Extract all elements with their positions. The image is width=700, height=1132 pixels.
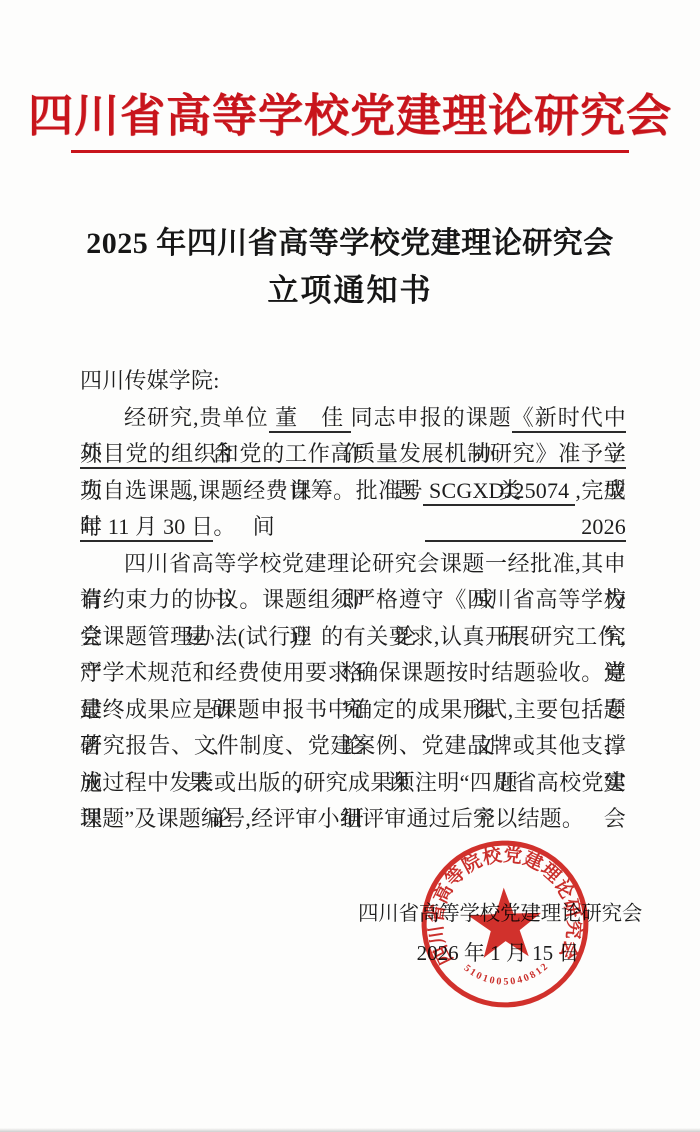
official-seal: 四川省高等院校党建理论研究会 5101005040812: [411, 830, 599, 1018]
document-page: 四川省高等学校党建理论研究会 2025 年四川省高等学校党建理论研究会 立项通知…: [0, 0, 700, 1132]
document-title: 2025 年四川省高等学校党建理论研究会 立项通知书: [0, 222, 700, 316]
body-line: 项目党的组织和党的工作高质量发展机制研究》准予立项。课题类型: [80, 436, 626, 473]
recipient-line: 四川传媒学院:: [80, 363, 626, 400]
underlined-fill-in: SCGXDJ25074: [423, 478, 575, 506]
underlined-fill-in: 项目党的组织和党的工作高质量发展机制研究》: [80, 441, 558, 469]
body-line: 为自选课题,课题经费自筹。批准号 SCGXDJ25074 ,完成时间 2026: [80, 473, 626, 510]
body-text-segment: 为自选课题,课题经费自筹。批准号: [80, 478, 423, 503]
body-text-segment: 同志申报的课题: [351, 405, 512, 430]
body-text-segment: 课题”及课题编号,经评审小组评审通过后予以结题。: [80, 806, 584, 831]
page-bottom-shadow: [0, 1128, 700, 1132]
underlined-fill-in: 2026: [425, 514, 626, 542]
underlined-fill-in: 年 11 月 30 日: [80, 514, 213, 542]
body-line: 研究报告、文件制度、党建案例、党建品牌或其他支撑成果,课题实: [80, 728, 626, 765]
body-paragraphs: 经研究,贵单位 董 佳 同志申报的课题《新时代中外合作办学项目党的组织和党的工作…: [80, 400, 626, 838]
body-line: 四川省高等学校党建理论研究会课题一经批准,其申请书即成为: [80, 546, 626, 583]
body-line: 施过程中发表或出版的研究成果须注明“四川省高校党建理论研究会: [80, 765, 626, 802]
underlined-fill-in: 董 佳: [269, 405, 351, 433]
body-line: 最终成果应是课题申报书中确定的成果形式,主要包括专著、论文、: [80, 692, 626, 729]
document-title-line2: 立项通知书: [0, 266, 700, 316]
seal-star-icon: [467, 886, 542, 958]
body-line: 经研究,贵单位 董 佳 同志申报的课题《新时代中外合作办学: [80, 400, 626, 437]
body-text-segment: 经研究,贵单位: [124, 405, 269, 430]
body-line: 有约束力的协议。课题组须严格遵守《四川省高等学校党建理论研究: [80, 582, 626, 619]
body-line: 守学术规范和经费使用要求,确保课题按时结题验收。党建研究课题: [80, 655, 626, 692]
body-text-segment: 。: [213, 514, 235, 539]
masthead-title: 四川省高等学校党建理论研究会: [0, 86, 700, 146]
seal-serial-number: 5101005040812: [461, 960, 552, 989]
body-line: 会课题管理办法(试行)》的有关要求,认真开展研究工作,严格遵: [80, 619, 626, 656]
document-title-line1: 2025 年四川省高等学校党建理论研究会: [0, 222, 700, 266]
document-body: 四川传媒学院: 经研究,贵单位 董 佳 同志申报的课题《新时代中外合作办学项目党…: [80, 363, 626, 838]
masthead-rule: [71, 150, 629, 153]
